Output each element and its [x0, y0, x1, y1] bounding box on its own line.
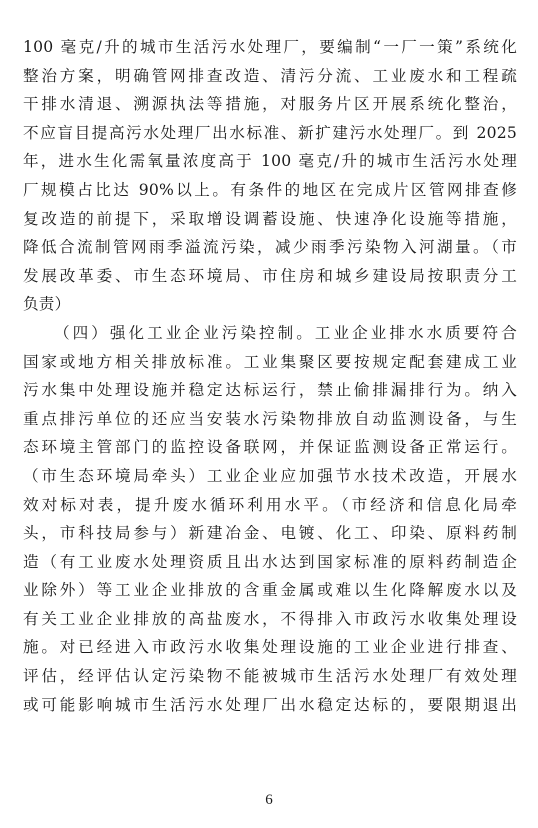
body-text: 100 毫克/升的城市生活污水处理厂，要编制“一厂一策”系统化 整治方案，明确管…: [23, 33, 517, 719]
text-line: 头，市科技局参与）新建冶金、电镀、化工、印染、原料药制: [23, 519, 517, 548]
text-line: 100 毫克/升的城市生活污水处理厂，要编制“一厂一策”系统化: [23, 33, 517, 62]
text-line: 或可能影响城市生活污水处理厂出水稳定达标的，要限期退出: [23, 691, 517, 720]
text-line: （市生态环境局牵头）工业企业应加强节水技术改造，开展水: [23, 462, 517, 491]
text-line: 效对标对表，提升废水循环利用水平。（市经济和信息化局牵: [23, 491, 517, 520]
text-line: 降低合流制管网雨季溢流污染，减少雨季污染物入河湖量。（市: [23, 233, 517, 262]
text-line: 国家或地方相关排放标准。工业集聚区要按规定配套建成工业: [23, 348, 517, 377]
text-line: 干排水清退、溯源执法等措施，对服务片区开展系统化整治，: [23, 90, 517, 119]
text-line: 态环境主管部门的监控设备联网，并保证监测设备正常运行。: [23, 433, 517, 462]
section-heading-line: （四）强化工业企业污染控制。工业企业排水水质要符合: [23, 319, 517, 348]
text-line: 评估，经评估认定污染物不能被城市生活污水处理厂有效处理: [23, 662, 517, 691]
text-line: 发展改革委、市生态环境局、市住房和城乡建设局按职责分工: [23, 262, 517, 291]
page-number: 6: [0, 792, 538, 809]
text-line: 年，进水生化需氧量浓度高于 100 毫克/升的城市生活污水处理: [23, 147, 517, 176]
text-line: 负责）: [23, 290, 517, 319]
text-line: 不应盲目提高污水处理厂出水标准、新扩建污水处理厂。到 2025: [23, 119, 517, 148]
text-line: 造（有工业废水处理资质且出水达到国家标准的原料药制造企: [23, 548, 517, 577]
text-line: 有关工业企业排放的高盐废水，不得排入市政污水收集处理设: [23, 605, 517, 634]
text-line: 施。对已经进入市政污水收集处理设施的工业企业进行排查、: [23, 633, 517, 662]
text-line: 重点排污单位的还应当安装水污染物排放自动监测设备，与生: [23, 405, 517, 434]
document-page: 100 毫克/升的城市生活污水处理厂，要编制“一厂一策”系统化 整治方案，明确管…: [0, 0, 538, 828]
text-line: 复改造的前提下，采取增设调蓄设施、快速净化设施等措施，: [23, 205, 517, 234]
text-line: 业除外）等工业企业排放的含重金属或难以生化降解废水以及: [23, 576, 517, 605]
text-line: 厂规模占比达 90%以上。有条件的地区在完成片区管网排查修: [23, 176, 517, 205]
text-line: 整治方案，明确管网排查改造、清污分流、工业废水和工程疏: [23, 62, 517, 91]
text-line: 污水集中处理设施并稳定达标运行，禁止偷排漏排行为。纳入: [23, 376, 517, 405]
